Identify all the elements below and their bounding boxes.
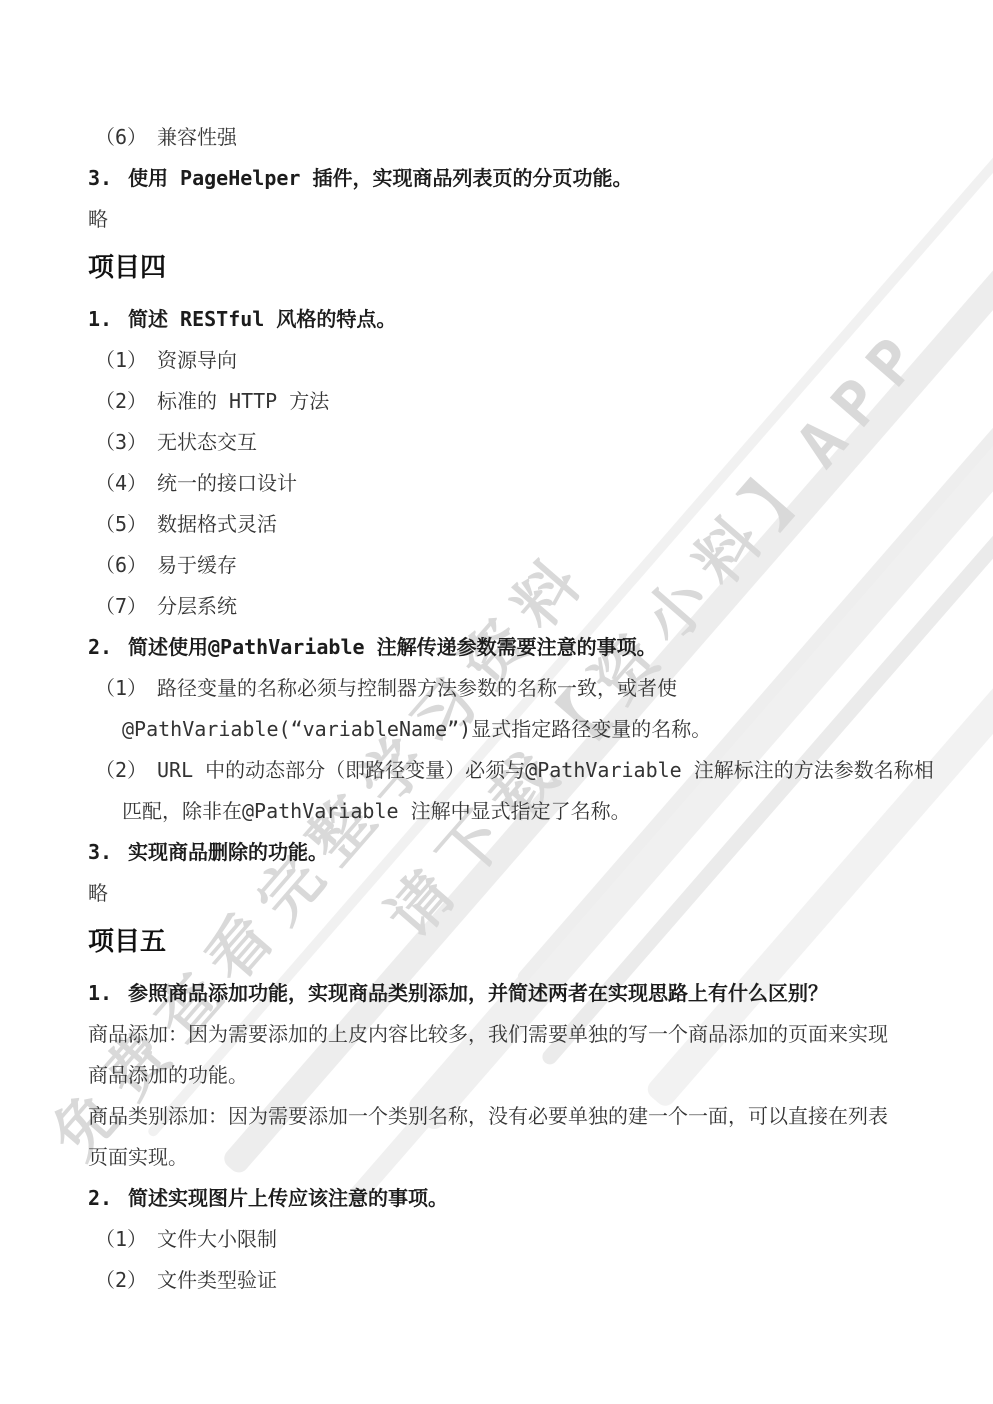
answer-paragraph: 商品添加：因为需要添加的上皮内容比较多，我们需要单独的写一个商品添加的页面来实现 <box>88 1014 905 1055</box>
item-text: 简述实现图片上传应该注意的事项。 <box>128 1186 448 1210</box>
answer-omitted: 略 <box>88 873 905 914</box>
item-label: 2. <box>88 1178 128 1219</box>
answer-paragraph: 商品添加的功能。 <box>88 1055 905 1096</box>
item-label: （7） <box>95 586 157 627</box>
item-text: 路径变量的名称必须与控制器方法参数的名称一致，或者使 <box>157 676 677 700</box>
item-text: 资源导向 <box>157 348 237 372</box>
answer-omitted: 略 <box>88 199 905 240</box>
item-label: （4） <box>95 463 157 504</box>
list-item: （1）路径变量的名称必须与控制器方法参数的名称一致，或者使 <box>88 668 905 709</box>
item-label: 2. <box>88 627 128 668</box>
item-text: 使用 PageHelper 插件，实现商品列表页的分页功能。 <box>128 166 633 190</box>
answer-paragraph: 页面实现。 <box>88 1137 905 1178</box>
answer-paragraph: 商品类别添加：因为需要添加一个类别名称，没有必要单独的建一个一面，可以直接在列表 <box>88 1096 905 1137</box>
numbered-question: 1.简述 RESTful 风格的特点。 <box>88 299 905 340</box>
item-label: （1） <box>95 1219 157 1260</box>
item-label: （6） <box>95 545 157 586</box>
item-text: 文件类型验证 <box>157 1268 277 1292</box>
item-label: （2） <box>95 381 157 422</box>
list-item: （5）数据格式灵活 <box>88 504 905 545</box>
numbered-question: 2.简述实现图片上传应该注意的事项。 <box>88 1178 905 1219</box>
numbered-question: 3.使用 PageHelper 插件，实现商品列表页的分页功能。 <box>88 158 905 199</box>
item-label: 1. <box>88 973 128 1014</box>
item-label: 3. <box>88 832 128 873</box>
numbered-question: 1.参照商品添加功能，实现商品类别添加，并简述两者在实现思路上有什么区别？ <box>88 973 905 1014</box>
item-text: URL 中的动态部分（即路径变量）必须与@PathVariable 注解标注的方… <box>157 758 934 782</box>
item-text: 文件大小限制 <box>157 1227 277 1251</box>
item-text: 统一的接口设计 <box>157 471 297 495</box>
item-label: （5） <box>95 504 157 545</box>
item-text: 简述 RESTful 风格的特点。 <box>128 307 396 331</box>
item-text: 参照商品添加功能，实现商品类别添加，并简述两者在实现思路上有什么区别？ <box>128 981 828 1005</box>
list-item: （2）URL 中的动态部分（即路径变量）必须与@PathVariable 注解标… <box>88 750 905 791</box>
section-heading: 项目五 <box>88 919 905 965</box>
numbered-question: 2.简述使用@PathVariable 注解传递参数需要注意的事项。 <box>88 627 905 668</box>
item-label: 1. <box>88 299 128 340</box>
item-text: 简述使用@PathVariable 注解传递参数需要注意的事项。 <box>128 635 657 659</box>
item-label: （3） <box>95 422 157 463</box>
item-label: 3. <box>88 158 128 199</box>
item-text: 无状态交互 <box>157 430 257 454</box>
item-text: 实现商品删除的功能。 <box>128 840 328 864</box>
item-label: （1） <box>95 340 157 381</box>
item-label: （2） <box>95 750 157 791</box>
item-label: （1） <box>95 668 157 709</box>
list-item: （2）文件类型验证 <box>88 1260 905 1301</box>
item-text: 数据格式灵活 <box>157 512 277 536</box>
item-text: 分层系统 <box>157 594 237 618</box>
list-item-continuation: @PathVariable(“variableName”)显式指定路径变量的名称… <box>88 709 905 750</box>
numbered-question: 3.实现商品删除的功能。 <box>88 832 905 873</box>
item-text: 易于缓存 <box>157 553 237 577</box>
item-text: 兼容性强 <box>157 125 237 149</box>
section-heading: 项目四 <box>88 245 905 291</box>
item-label: （2） <box>95 1260 157 1301</box>
list-item: （4）统一的接口设计 <box>88 463 905 504</box>
document-page: 免费查看完整学习资料 请下载【资小料】APP （6）兼容性强 3.使用 Page… <box>0 0 993 1404</box>
item-label: （6） <box>95 117 157 158</box>
list-item: （1）资源导向 <box>88 340 905 381</box>
list-item: （2）标准的 HTTP 方法 <box>88 381 905 422</box>
list-item: （1）文件大小限制 <box>88 1219 905 1260</box>
list-item-continuation: 匹配，除非在@PathVariable 注解中显式指定了名称。 <box>88 791 905 832</box>
list-item: （7）分层系统 <box>88 586 905 627</box>
list-item: （6）易于缓存 <box>88 545 905 586</box>
item-text: 标准的 HTTP 方法 <box>157 389 329 413</box>
document-body: （6）兼容性强 3.使用 PageHelper 插件，实现商品列表页的分页功能。… <box>0 0 993 1301</box>
list-item: （3）无状态交互 <box>88 422 905 463</box>
list-item: （6）兼容性强 <box>88 117 905 158</box>
